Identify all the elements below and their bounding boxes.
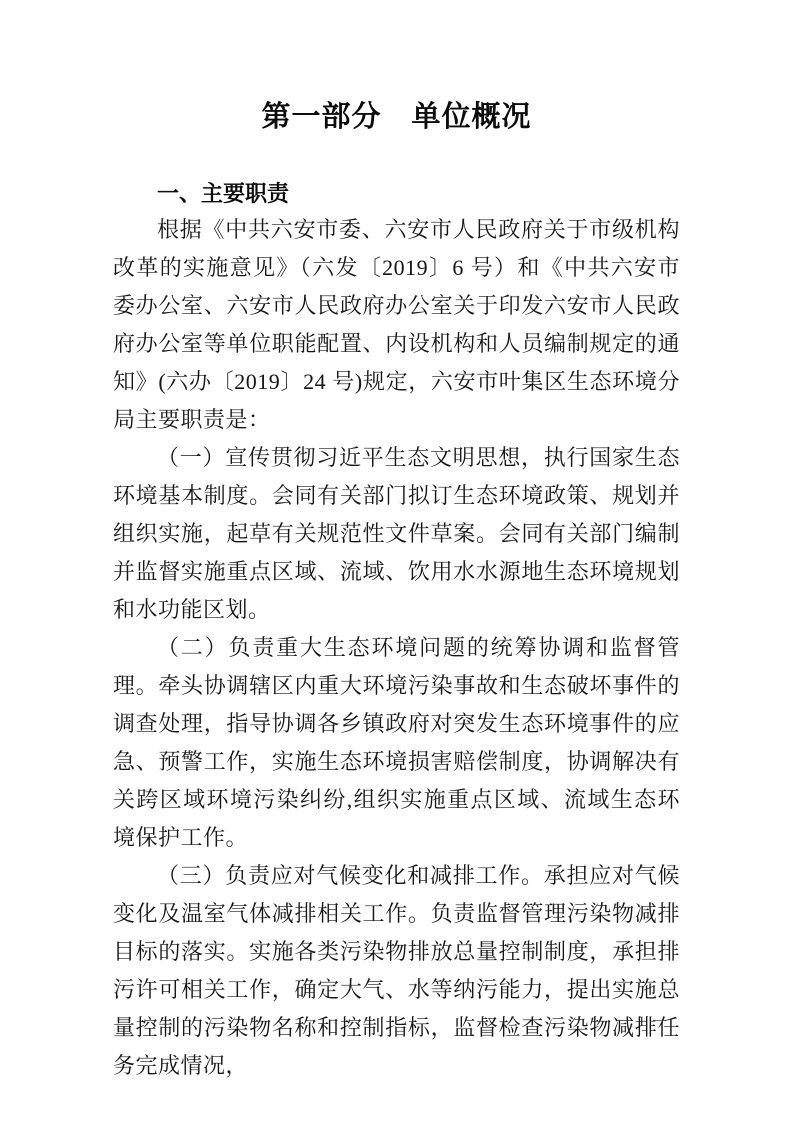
document-page: 第一部分 单位概况 一、主要职责 根据《中共六安市委、六安市人民政府关于市级机构… [0,0,793,1122]
section-heading: 一、主要职责 [113,180,680,207]
body-paragraph-item-2: （二）负责重大生态环境问题的统筹协调和监督管理。牵头协调辖区内重大环境污染事故和… [113,629,680,857]
document-body: 一、主要职责 根据《中共六安市委、六安市人民政府关于市级机构改革的实施意见》（六… [113,180,680,1085]
body-paragraph-item-1: （一）宣传贯彻习近平生态文明思想，执行国家生态环境基本制度。会同有关部门拟订生态… [113,439,680,629]
page-number: － 1 － [615,1012,670,1032]
body-paragraph-item-3: （三）负责应对气候变化和减排工作。承担应对气候变化及温室气体减排相关工作。负责监… [113,857,680,1085]
document-title: 第一部分 单位概况 [0,100,793,134]
body-paragraph-intro: 根据《中共六安市委、六安市人民政府关于市级机构改革的实施意见》（六发〔2019〕… [113,211,680,439]
